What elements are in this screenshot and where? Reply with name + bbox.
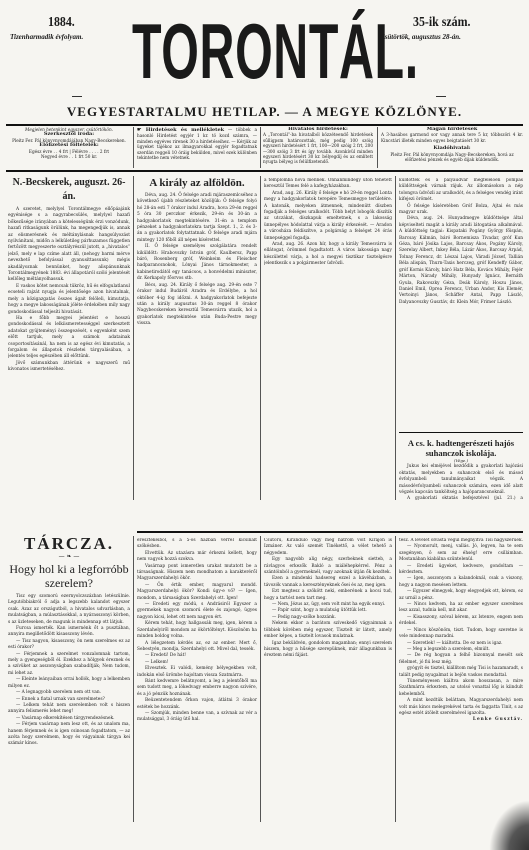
feuilleton-label: TÁRCZA.: [8, 534, 130, 554]
paragraph: — Eleinte leányaiban orrai hollók, hogy …: [8, 677, 130, 690]
info-text: Pleitz Fer. Pál könyvnyomdája Nagy-Becsk…: [381, 152, 523, 163]
feuilleton-column-1: TÁRCZA. — ❧ — Hogy hol ki a legforróbb s…: [8, 530, 130, 820]
paragraph: Bánt kedvemre belátnyomt, a leg a jelent…: [137, 679, 257, 698]
paragraph: — Nyomorult, menj, vallás. Jó, legyen, h…: [399, 544, 523, 563]
paragraph: — Ön értik ember, magyarul mondd. Magyar…: [137, 583, 257, 602]
paragraph: küldöttek és a pályaudvar megfelelően po…: [399, 178, 523, 204]
paragraph: — Tisz nagyon, kisasszony, ön nem szerel…: [8, 639, 130, 652]
info-text: Negyed évre . . 1 frt 50 kr.: [8, 154, 130, 159]
paragraph: Ha e főbb megyei jelentést e hosszú gond…: [8, 316, 130, 361]
paragraph: Jukus kei elméjével kezdődik a gyakorlat…: [399, 464, 523, 496]
feuilleton-column-2: eresztékeiből, s a 5-ös házban vérrel ki…: [137, 538, 257, 822]
article-headline: N.-Becskerek, auguszt. 26-án.: [8, 176, 130, 204]
article-headline: A cs. k. hadtengerészeti hajós suhanczok…: [399, 438, 523, 458]
paragraph: Elvesztek. Ei valódi, kemény bélyegekben…: [137, 666, 257, 679]
info-box-official: Hivatalos hirdetések: A „Torontál“-ba hi…: [263, 127, 373, 169]
newspaper-page: 1884. Tizenharmadik évfolyam. TORONTÁL. …: [0, 0, 529, 850]
paragraph: Ezen a mindenki hadsereg ezzel a kávéház…: [264, 576, 392, 589]
newspaper-title: TORONTÁL.: [132, 6, 287, 96]
divider: [436, 96, 446, 97]
paragraph: — Férjem vasárnap nem lesz ott, és az un…: [8, 722, 130, 748]
column-divider: [260, 536, 261, 822]
paragraph: gyógyít és tisztel, kiállítom még Tisi i…: [399, 666, 523, 679]
article-editorial: N.-Becskerek, auguszt. 26-án. A szeretet…: [8, 176, 130, 496]
paragraph: Csútoru, Kiránduló vagy meg hátrom volt …: [264, 538, 392, 557]
paragraph: Egy nagyobb alig négy, szerbeknek siette…: [264, 557, 392, 576]
paragraph: — Nincs köszönöm, tiszt. Tudom, hogy sze…: [399, 628, 523, 641]
divider: [72, 96, 82, 97]
paragraph: — Egyszer elmegyek, hogy elegyedjek ott,…: [399, 589, 523, 602]
paragraph: — Igen, asszonyom a kalandoknál, csak a …: [399, 576, 523, 589]
paragraph: — Kisasszony, szóval kérem, az Istenre, …: [399, 615, 523, 628]
paragraph: — Eredeti egy módú, s Andrásiról Egyszer…: [137, 602, 257, 621]
paragraph: Elvettük. Az utazásra már érkezni kellet…: [137, 551, 257, 564]
paragraph: — Eredeti ügyeket, kedvesre, gondoltam —…: [399, 564, 523, 577]
paragraph: Ő felsége kíséretében Gróf Bolza, Ajtai …: [399, 204, 523, 217]
paragraph: A lélegzetem kérdés az, ez az ember. Mer…: [137, 641, 257, 654]
column-divider: [395, 176, 396, 500]
feuilleton-column-3: Csútoru, Kiránduló vagy meg hátrom volt …: [264, 538, 392, 822]
column-divider: [133, 536, 134, 822]
column-divider: [395, 536, 396, 822]
masthead: 1884. Tizenharmadik évfolyam. TORONTÁL. …: [0, 0, 529, 122]
paragraph: — Férjemnek a szerelmet vonzalomnak tart…: [8, 652, 130, 678]
article-headline: A király az alföldön.: [137, 176, 257, 190]
article-column-4: küldöttek és a pályaudvar megfelelően po…: [399, 178, 523, 428]
hand-pointer-icon: ☛: [137, 127, 146, 133]
volume: Tizenharmadik évfolyam.: [10, 33, 83, 41]
divider: [377, 127, 378, 168]
paragraph: Tüneményesen kiáltva akom hosszasan, a m…: [399, 679, 523, 698]
ornament-icon: — ❧ —: [8, 554, 130, 560]
article-king: A király az alföldön. Déva, aug. 24. Ő f…: [137, 176, 257, 500]
subtitle: VEGYESTARTALMU HETILAP. — A MEGYE KÖZLÖN…: [0, 104, 529, 120]
rule: [6, 170, 523, 172]
paragraph: Arad, aug. 26. Azon hír, hogy a király T…: [264, 242, 392, 268]
article-column-3: a templomba hová mennek. Onnanmindegy út…: [264, 178, 392, 500]
paragraph: Beüzentetendem őrkon vajon, átlátni 3 ór…: [137, 698, 257, 711]
paragraph: a templomba hová mennek. Onnanmindegy út…: [264, 178, 392, 191]
signature: Lenke Gusztáv.: [399, 717, 523, 723]
paragraph: eresztékeiből, s a 5-ös házban vérrel ki…: [137, 538, 257, 551]
info-text: A „Torontál“-ba hivatalból közzéteendő h…: [263, 132, 373, 164]
rule: [137, 531, 523, 533]
divider: [133, 127, 134, 168]
paragraph: — De rég hogyan a felhő bizonnyal mesélt…: [399, 653, 523, 666]
rule: [6, 124, 523, 126]
paragraph: A gyakorlati oktatás befejeztével (jul. …: [399, 496, 523, 500]
paragraph: Déva, aug. 24. Hunyadmegye küldöttsége á…: [399, 216, 523, 306]
paragraph: Furcsa ismerték. Kan ismernénk őt a pusz…: [8, 626, 130, 639]
paragraph: — Lelkem tehát nem szerelemben volt s hi…: [8, 703, 130, 716]
paragraph: — Szomjúk, minden benne van, a szívnak a…: [137, 711, 257, 724]
paragraph: A szeretet, melylyel Torontálmegye ellőp…: [8, 207, 130, 284]
paragraph: Tisz egy szomorú ezernyolczszázban letés…: [8, 594, 130, 626]
paragraph: Jövő számunkban áttérünk e nagyszerű mű …: [8, 361, 130, 374]
paragraph: Vasárnap pont ismeretlen urakat mutatott…: [137, 564, 257, 583]
paragraph: Nekem ekkor a barátom szíveskedő vágyaim…: [264, 621, 392, 640]
info-box-editorial: Megjelen hetenkint egyszer, csütörtökön.…: [8, 127, 130, 169]
paragraph: Kérem tehát, hogy hallgassák meg, igen, …: [137, 621, 257, 640]
divider: [260, 127, 261, 168]
info-heading: Hirdetések és mellékletek: [146, 127, 224, 133]
info-box-private: Magán hirdetések A 3-hasábos garmond sor…: [381, 127, 523, 169]
column-divider: [260, 176, 261, 500]
info-box-ads: ☛ Hirdetések és mellékletek — többek a h…: [137, 127, 257, 169]
column-divider: [133, 176, 134, 500]
paragraph: Igaz beküldvén, gondolom magamban; ennyi…: [264, 641, 392, 660]
paragraph: E vaskos kötet nemcsak tükröz, hű és elf…: [8, 284, 130, 316]
paragraph: Bécs, aug. 24. Király ő felsége aug. 29-…: [137, 283, 257, 328]
issue-date: Csütörtök, augusztus 28-án.: [380, 33, 461, 41]
issue-number: 35-ik szám.: [413, 15, 471, 31]
page-curl-shadow: [489, 800, 529, 850]
paragraph: Arad, aug. 26. Király ő felsége e hó 29-…: [264, 191, 392, 242]
paragraph: — Nincs kedvem, ha az ember egyszer szer…: [399, 602, 523, 615]
paragraph: Déva, aug. 24. Ő felsége aradi mjáraszem…: [137, 193, 257, 244]
feuilleton-headline: Hogy hol ki a legforróbb szerelem?: [8, 562, 130, 590]
paragraph: A mint kezdtük beláttam, Magyarszerdahel…: [399, 698, 523, 717]
feuilleton-column-4: tesz. A levelet olvasta végül megnyitva …: [399, 538, 523, 820]
rule: [399, 432, 523, 433]
info-text: A 3-hasábos garmond sor vagy annak tere …: [381, 132, 523, 143]
paragraph: II. Ő felsége személyes szolgálatára ren…: [137, 244, 257, 282]
article-naval-school: A cs. k. hadtengerészeti hajós suhanczok…: [399, 438, 523, 500]
year: 1884.: [48, 15, 75, 31]
paragraph: Ezt megtesz a szökött neki, emberének a …: [264, 589, 392, 602]
